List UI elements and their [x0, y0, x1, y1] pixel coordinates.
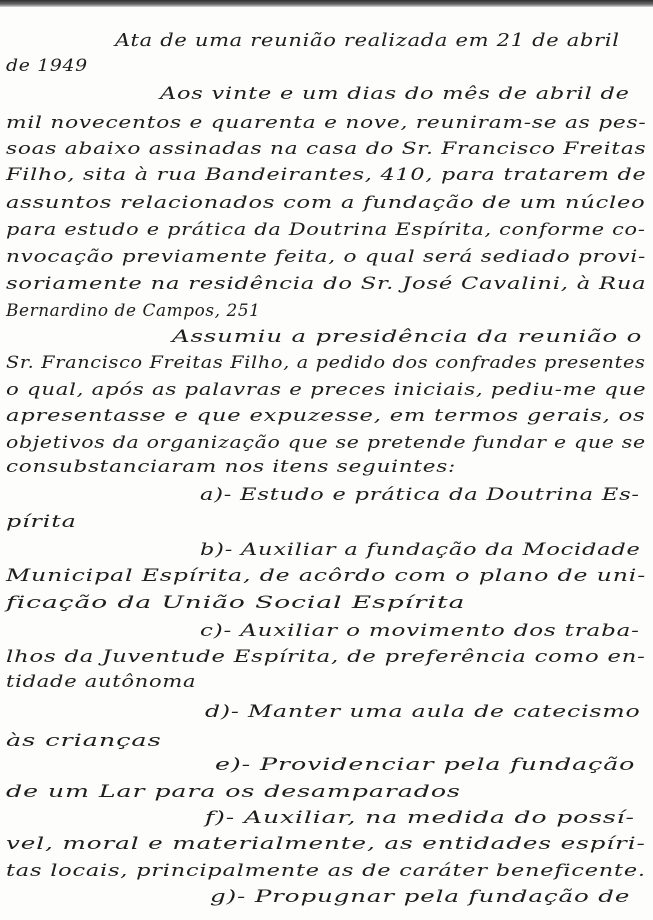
handwritten-line: a)- Estudo e prática da Doutrina Es- [200, 485, 640, 505]
handwritten-line: d)- Manter uma aula de catecismo [205, 702, 641, 722]
handwritten-line: Municipal Espírita, de acôrdo com o plan… [6, 566, 646, 586]
handwritten-line: ficação da União Social Espírita [6, 593, 465, 613]
handwritten-line: lhos da Juventude Espírita, de preferênc… [6, 647, 646, 667]
handwritten-line: Filho, sita à rua Bandeirantes, 410, par… [6, 165, 647, 185]
handwritten-line: assuntos relacionados com a fundação de … [6, 193, 646, 213]
handwritten-line: Ata de uma reunião realizada em 21 de ab… [115, 30, 620, 51]
handwritten-line: g)- Propugnar pela fundação de [210, 887, 630, 907]
scan-top-edge [0, 0, 653, 7]
handwritten-line: Bernardino de Campos, 251 [6, 301, 261, 321]
handwritten-line: apresentasse e que expuzesse, em termos … [6, 406, 645, 426]
handwritten-page: Ata de uma reunião realizada em 21 de ab… [0, 7, 653, 920]
handwritten-line: f)- Auxiliar, na medida do possí- [205, 808, 635, 828]
handwritten-line: tas locais, principalmente as de caráter… [6, 861, 646, 881]
handwritten-line: nvocação previamente feita, o qual será … [6, 247, 646, 267]
handwritten-line: objetivos da organização que se pretende… [6, 433, 646, 453]
handwritten-line: às crianças [6, 731, 162, 751]
handwritten-line: de um Lar para os desamparados [6, 782, 461, 802]
handwritten-line: de 1949 [6, 56, 88, 76]
handwritten-line: soas abaixo assinadas na casa do Sr. Fra… [6, 139, 646, 159]
handwritten-line: mil novecentos e quarenta e nove, reunir… [6, 113, 646, 133]
handwritten-line: Assumiu a presidência da reunião o [172, 327, 642, 347]
handwritten-line: vel, moral e materialmente, as entidades… [6, 834, 646, 854]
handwritten-line: soriamente na residência do Sr. José Cav… [6, 274, 646, 294]
handwritten-line: o qual, após as palavras e preces inicia… [6, 380, 646, 400]
handwritten-line: Aos vinte e um dias do mês de abril de [160, 84, 630, 104]
handwritten-line: c)- Auxiliar o movimento dos traba- [200, 621, 640, 641]
handwritten-line: b)- Auxiliar a fundação da Mocidade [200, 540, 641, 560]
handwritten-line: Sr. Francisco Freitas Filho, a pedido do… [6, 353, 646, 373]
handwritten-line: consubstanciaram nos itens seguintes: [6, 457, 456, 477]
handwritten-line: tidade autônoma [6, 672, 196, 692]
handwritten-line: pírita [6, 512, 77, 532]
handwritten-line: e)- Providenciar pela fundação [215, 755, 635, 775]
handwritten-line: para estudo e prática da Doutrina Espíri… [6, 220, 646, 240]
